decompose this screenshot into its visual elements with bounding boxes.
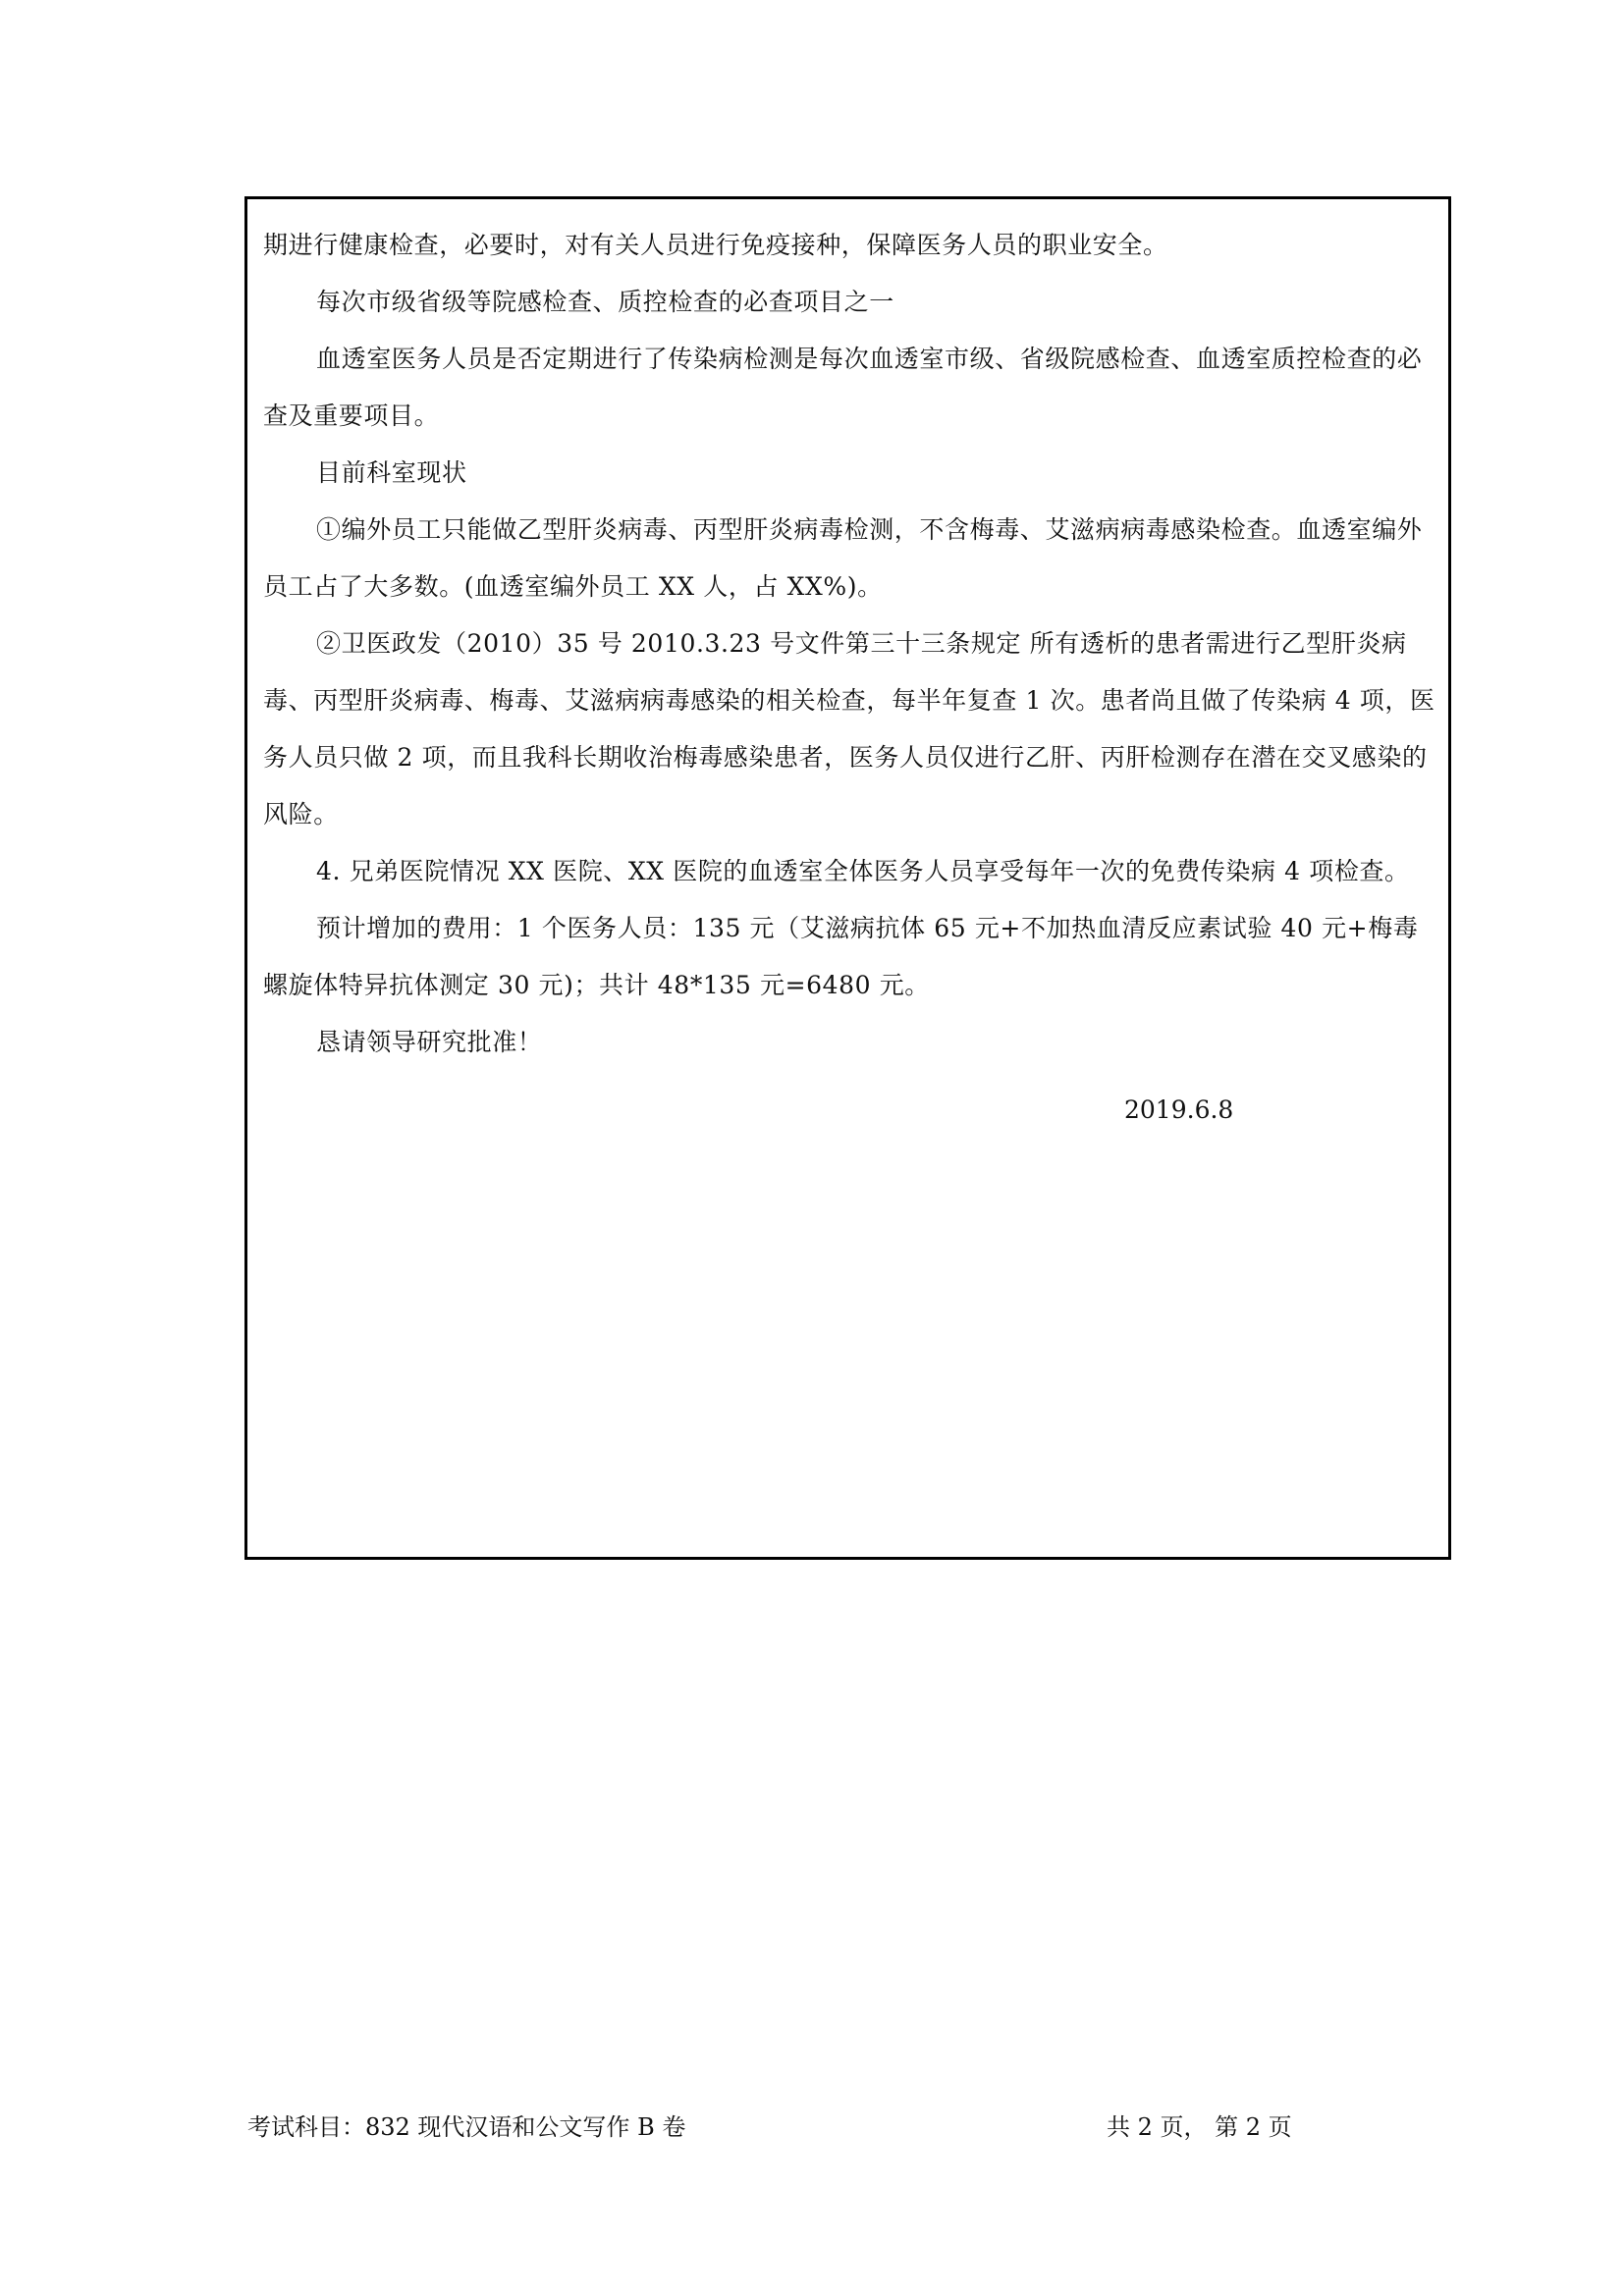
paragraph-4: 目前科室现状 <box>263 445 1436 502</box>
paragraph-3: 血透室医务人员是否定期进行了传染病检测是每次血透室市级、省级院感检查、血透室质控… <box>263 331 1436 445</box>
paragraph-1: 期进行健康检查，必要时，对有关人员进行免疫接种，保障医务人员的职业安全。 <box>263 217 1436 274</box>
document-date: 2019.6.8 <box>1124 1095 1233 1124</box>
footer-subject: 考试科目：832 现代汉语和公文写作 B 卷 <box>247 2108 685 2142</box>
document-body: 期进行健康检查，必要时，对有关人员进行免疫接种，保障医务人员的职业安全。 每次市… <box>263 217 1436 1071</box>
paragraph-8: 预计增加的费用：1 个医务人员：135 元（艾滋病抗体 65 元+不加热血清反应… <box>263 900 1436 1014</box>
paragraph-6: ②卫医政发（2010）35 号 2010.3.23 号文件第三十三条规定 所有透… <box>263 615 1436 843</box>
paragraph-9: 恳请领导研究批准！ <box>263 1014 1436 1071</box>
paragraph-7: 4. 兄弟医院情况 XX 医院、XX 医院的血透室全体医务人员享受每年一次的免费… <box>263 843 1436 900</box>
paragraph-2: 每次市级省级等院感检查、质控检查的必查项目之一 <box>263 274 1436 331</box>
footer-pagination: 共 2 页， 第 2 页 <box>1107 2108 1292 2142</box>
paragraph-5: ①编外员工只能做乙型肝炎病毒、丙型肝炎病毒检测，不含梅毒、艾滋病病毒感染检查。血… <box>263 502 1436 615</box>
answer-box: 期进行健康检查，必要时，对有关人员进行免疫接种，保障医务人员的职业安全。 每次市… <box>244 196 1451 1560</box>
